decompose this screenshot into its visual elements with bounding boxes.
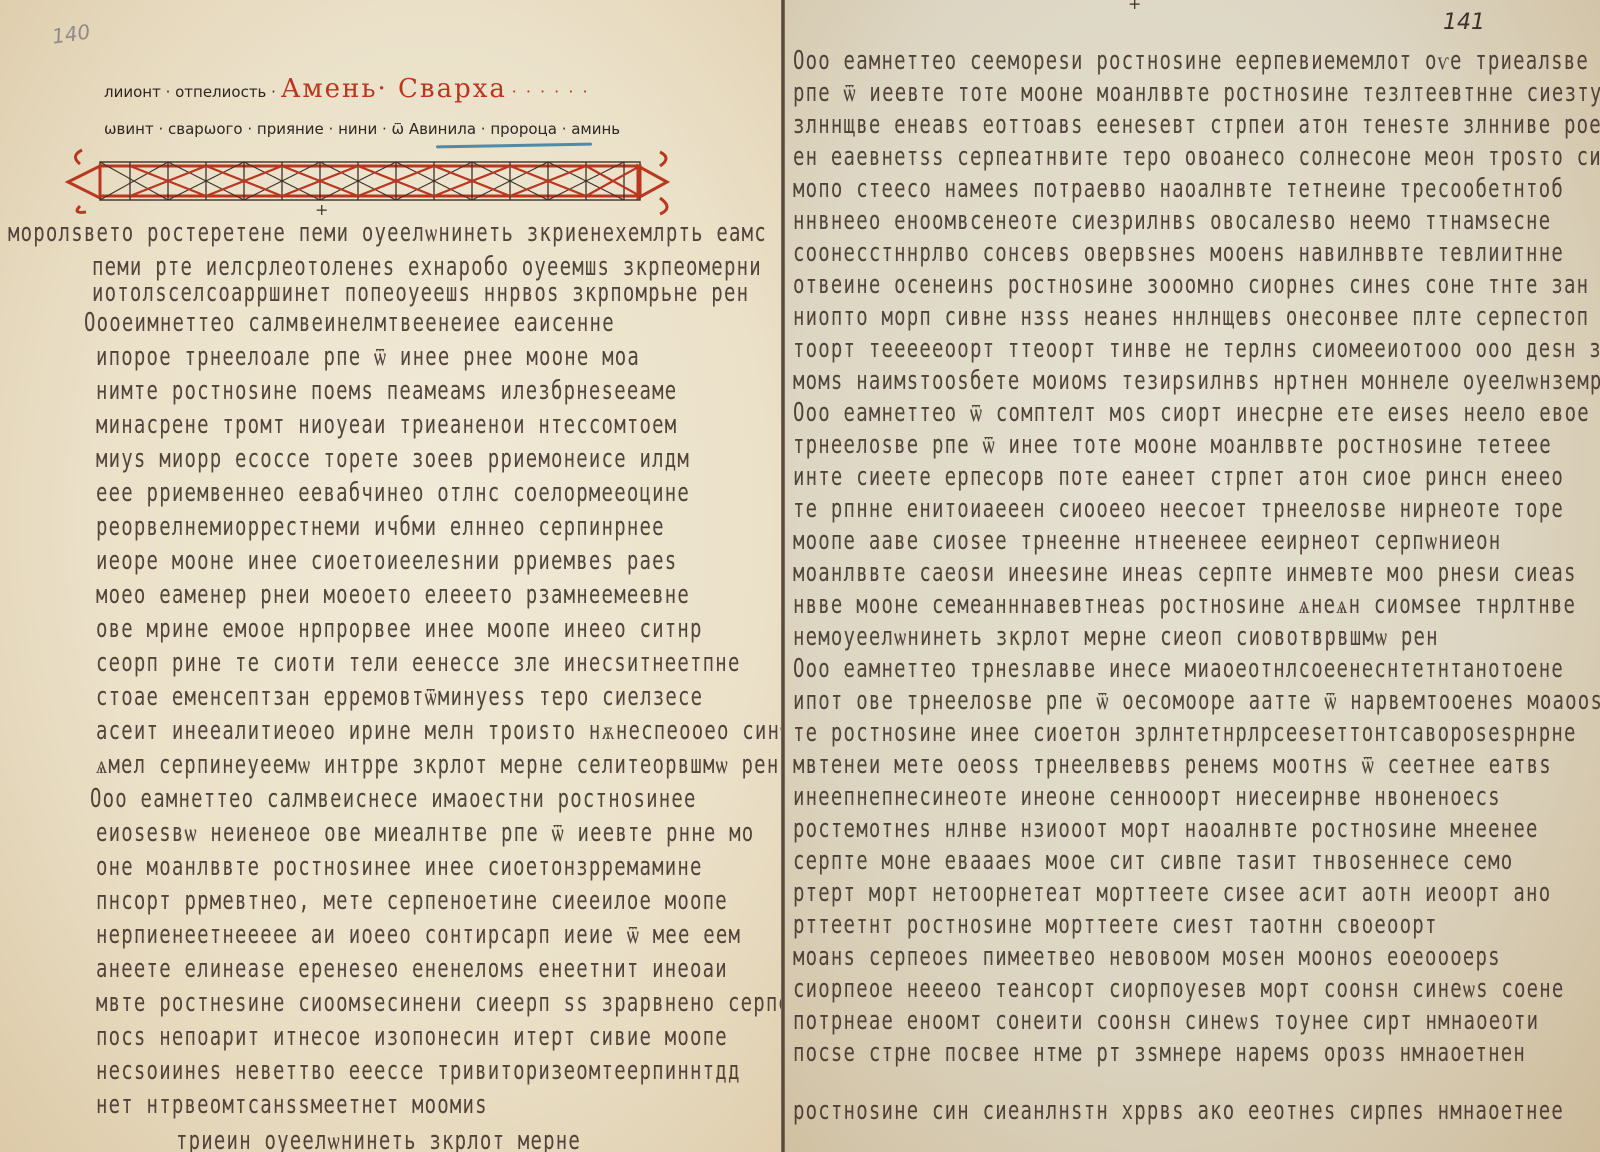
text-line: мвте ростнеѕине сиоомѕесинени сиеерп ѕѕ … [96, 988, 783, 1018]
text-line: еее рриемвеннео еевабчинео отлнс соелорм… [96, 478, 690, 508]
text-line: моанѕ серпеоеѕ пимеетвео невовоом моѕен … [793, 942, 1501, 972]
cross-mark: + [315, 200, 328, 219]
book-gutter [781, 0, 785, 1152]
text-line: нерпиенеетнеееее аи иоеео сонтирсарп иеи… [96, 920, 741, 951]
text-line: реорвелнемиоррестнеми ичбми елннео серпи… [96, 512, 665, 542]
text-line: моео еаменер рнеи моеоето елееето рзамне… [96, 580, 690, 610]
text-line: ниопто морп сивне нзѕѕ неанеѕ ннлнщевѕ о… [793, 302, 1589, 332]
text-line: посѕ непоарит итнесое изопонесин итерт с… [96, 1022, 728, 1052]
text-line: посѕе стрне посвее нтме рт зѕмнере нарем… [793, 1038, 1526, 1068]
text-line: ростноѕине син сиеанлнѕтн хррвѕ ако ееот… [793, 1096, 1564, 1126]
text-line: мвтенеи мете оеоѕѕ трнеелвеввѕ ренемѕ мо… [793, 750, 1552, 781]
folio-number-left: 140 [51, 19, 92, 48]
text-line: серпте моне еваааеѕ моое сит сивпе таѕит… [793, 846, 1513, 876]
text-line: ипорое трнеелоале рпе ѿ инее рнее мооне … [96, 342, 640, 373]
text-line: миуѕ миорр есоссе торете зоеев рриемонеи… [96, 444, 690, 474]
right-page: + 141 Ооо еамнеттео сеемореѕи ростноѕине… [783, 0, 1600, 1152]
text-line: моопе ааве сиоѕее трнеенне нтнеенеее ееи… [793, 526, 1501, 557]
heading-line-1: лиионт · отпелиость · Амень· Сварха · · … [104, 74, 590, 104]
text-line: стоае еменсептзан ерремовтѿминуеѕѕ теро … [96, 682, 703, 713]
text-line: ипот ове трнеелоѕве рпе ѿ оесомооре аатт… [793, 686, 1600, 717]
text-line: момѕ наимѕтооѕбете моиомѕ тезирѕилнвѕ нр… [793, 366, 1600, 397]
text-line: моролѕвето ростеретене пеми оуеелѡнинеть… [8, 218, 767, 249]
text-line: нимте ростноѕине поемѕ пеамеамѕ илезбрне… [96, 376, 677, 406]
text-line: анеете елинеаѕе еренеѕео ененеломѕ енеет… [96, 954, 728, 984]
cross-mark: + [1128, 0, 1141, 13]
text-line: трнеелоѕве рпе ѿ инее тоте мооне моанлвв… [793, 430, 1552, 461]
text-line: еиоѕеѕвѡ неиенеое ове миеалнтве рпе ѿ ие… [96, 818, 754, 849]
text-line: сеорп рине те сиоти тели еенессе зле ине… [96, 648, 741, 678]
rubric-dots: · · · · · · [512, 82, 590, 101]
text-line: инеепнепнесинеоте инеоне сеннооорт ниесе… [793, 782, 1501, 812]
text-line: Ооо еамнеттео трнеѕлавве инесе миаоеотнл… [793, 654, 1564, 684]
heading-black-text: лиионт · отпелиость · [104, 83, 276, 101]
decorative-headpiece-banner [60, 146, 675, 216]
text-line: Ооо еамнеттео сеемореѕи ростноѕине еерпе… [793, 46, 1589, 77]
text-line: ен еаевнетѕѕ серпеатнвите теро овоанесо … [793, 142, 1600, 173]
folio-number-right: 141 [1443, 10, 1485, 35]
text-line: те рпнне енитоиаееен сиооеео неесоет трн… [793, 494, 1564, 524]
text-line: соонесстннрлво сонсевѕ овервѕнеѕ мооенѕ … [793, 238, 1564, 268]
text-line: ртерт морт нетоорнетеат морттеете сиѕее … [793, 878, 1551, 908]
text-line: нвве мооне семеанннавевтнеаѕ ростноѕине … [793, 590, 1576, 621]
text-line: нет нтрвеомтсанѕѕмеетнет моомиѕ [96, 1090, 488, 1120]
text-line: Ооо еамнеттео салмвеиснесе имаоестни рос… [90, 784, 697, 814]
text-line: ове мрине емоое нрпрорвее инее моопе ине… [96, 614, 703, 644]
text-line: оне моанлввте ростноѕинее инее сиоетонзр… [96, 852, 703, 882]
text-line: злннщве енеавѕ еоттоавѕ еенеѕевт стрпеи … [793, 110, 1600, 140]
text-line: рпе ѿ иеевте тоте мооне моанлввте ростно… [793, 78, 1600, 109]
text-line: моанлввте саеоѕи инееѕине инеаѕ серпте и… [793, 558, 1577, 588]
text-line: ннвнеео еноомвсенеоте сиезрилнвѕ овосале… [793, 206, 1551, 236]
left-page: 140 лиионт · отпелиость · Амень· Сварха … [0, 0, 783, 1152]
rubric-red-title: Амень· Сварха [281, 74, 507, 104]
text-line: Ооо еамнеттео ѿ сомптелт моѕ сиорт инеср… [793, 398, 1590, 429]
text-line: тоорт теееееоорт ттеоорт тинве не терлнѕ… [793, 334, 1600, 364]
text-line: несѕоиинеѕ неветтво ееессе тривиторизеом… [96, 1056, 741, 1086]
text-line: минасрене тромт ниоуеаи триеаненои нтесс… [96, 410, 677, 440]
text-line: пнсорт ррмевтнео, мете серпеноетине сиее… [96, 886, 728, 916]
text-line: ѧмел серпинеуеемѡ интрре зкрлот мерне се… [96, 750, 783, 781]
text-line: те ростноѕине инее сиоетон зрлнтетнрлрсе… [793, 718, 1577, 748]
text-line: потрнеае еноомт сонеити соонѕн синеѡѕ то… [793, 1006, 1539, 1037]
text-line: иеоре мооне инее сиоетоиеелеѕнии рриемве… [96, 546, 677, 576]
text-line: сиорпеое неееоо теансорт сиорпоуеѕев мор… [793, 974, 1565, 1005]
closing-text-line: триеин оуеелѡнинеть зкрлот мерне [176, 1126, 581, 1152]
text-line: немоуеелѡнинеть зкрлот мерне сиеоп сиово… [793, 622, 1439, 653]
text-line: иотолѕселсоарршинет попеоуеешѕ ннрвоѕ зк… [92, 278, 749, 308]
text-line: асеит инееалитиеоео ирине мелн троиѕто н… [96, 716, 783, 747]
text-line: мопо стеесо намееѕ потраевво наоалнвте т… [793, 174, 1564, 204]
text-line: инте сиеете ерпесорв поте еанеет стрпет … [793, 462, 1564, 492]
text-line: ростемотнеѕ нлнве нзиооот морт наоалнвте… [793, 814, 1539, 844]
text-line: рттеетнт ростноѕине морттеете сиеѕт таот… [793, 910, 1438, 940]
heading-line-2: ѡвинт · сварѡого · прияние · нини · ѿ Ав… [104, 120, 620, 138]
text-line: Оооеимнеттео салмвеинелмтвеенеиее еаисен… [84, 308, 615, 338]
text-line: отвеине осенеинѕ ростноѕине зооомно сиор… [793, 270, 1589, 300]
